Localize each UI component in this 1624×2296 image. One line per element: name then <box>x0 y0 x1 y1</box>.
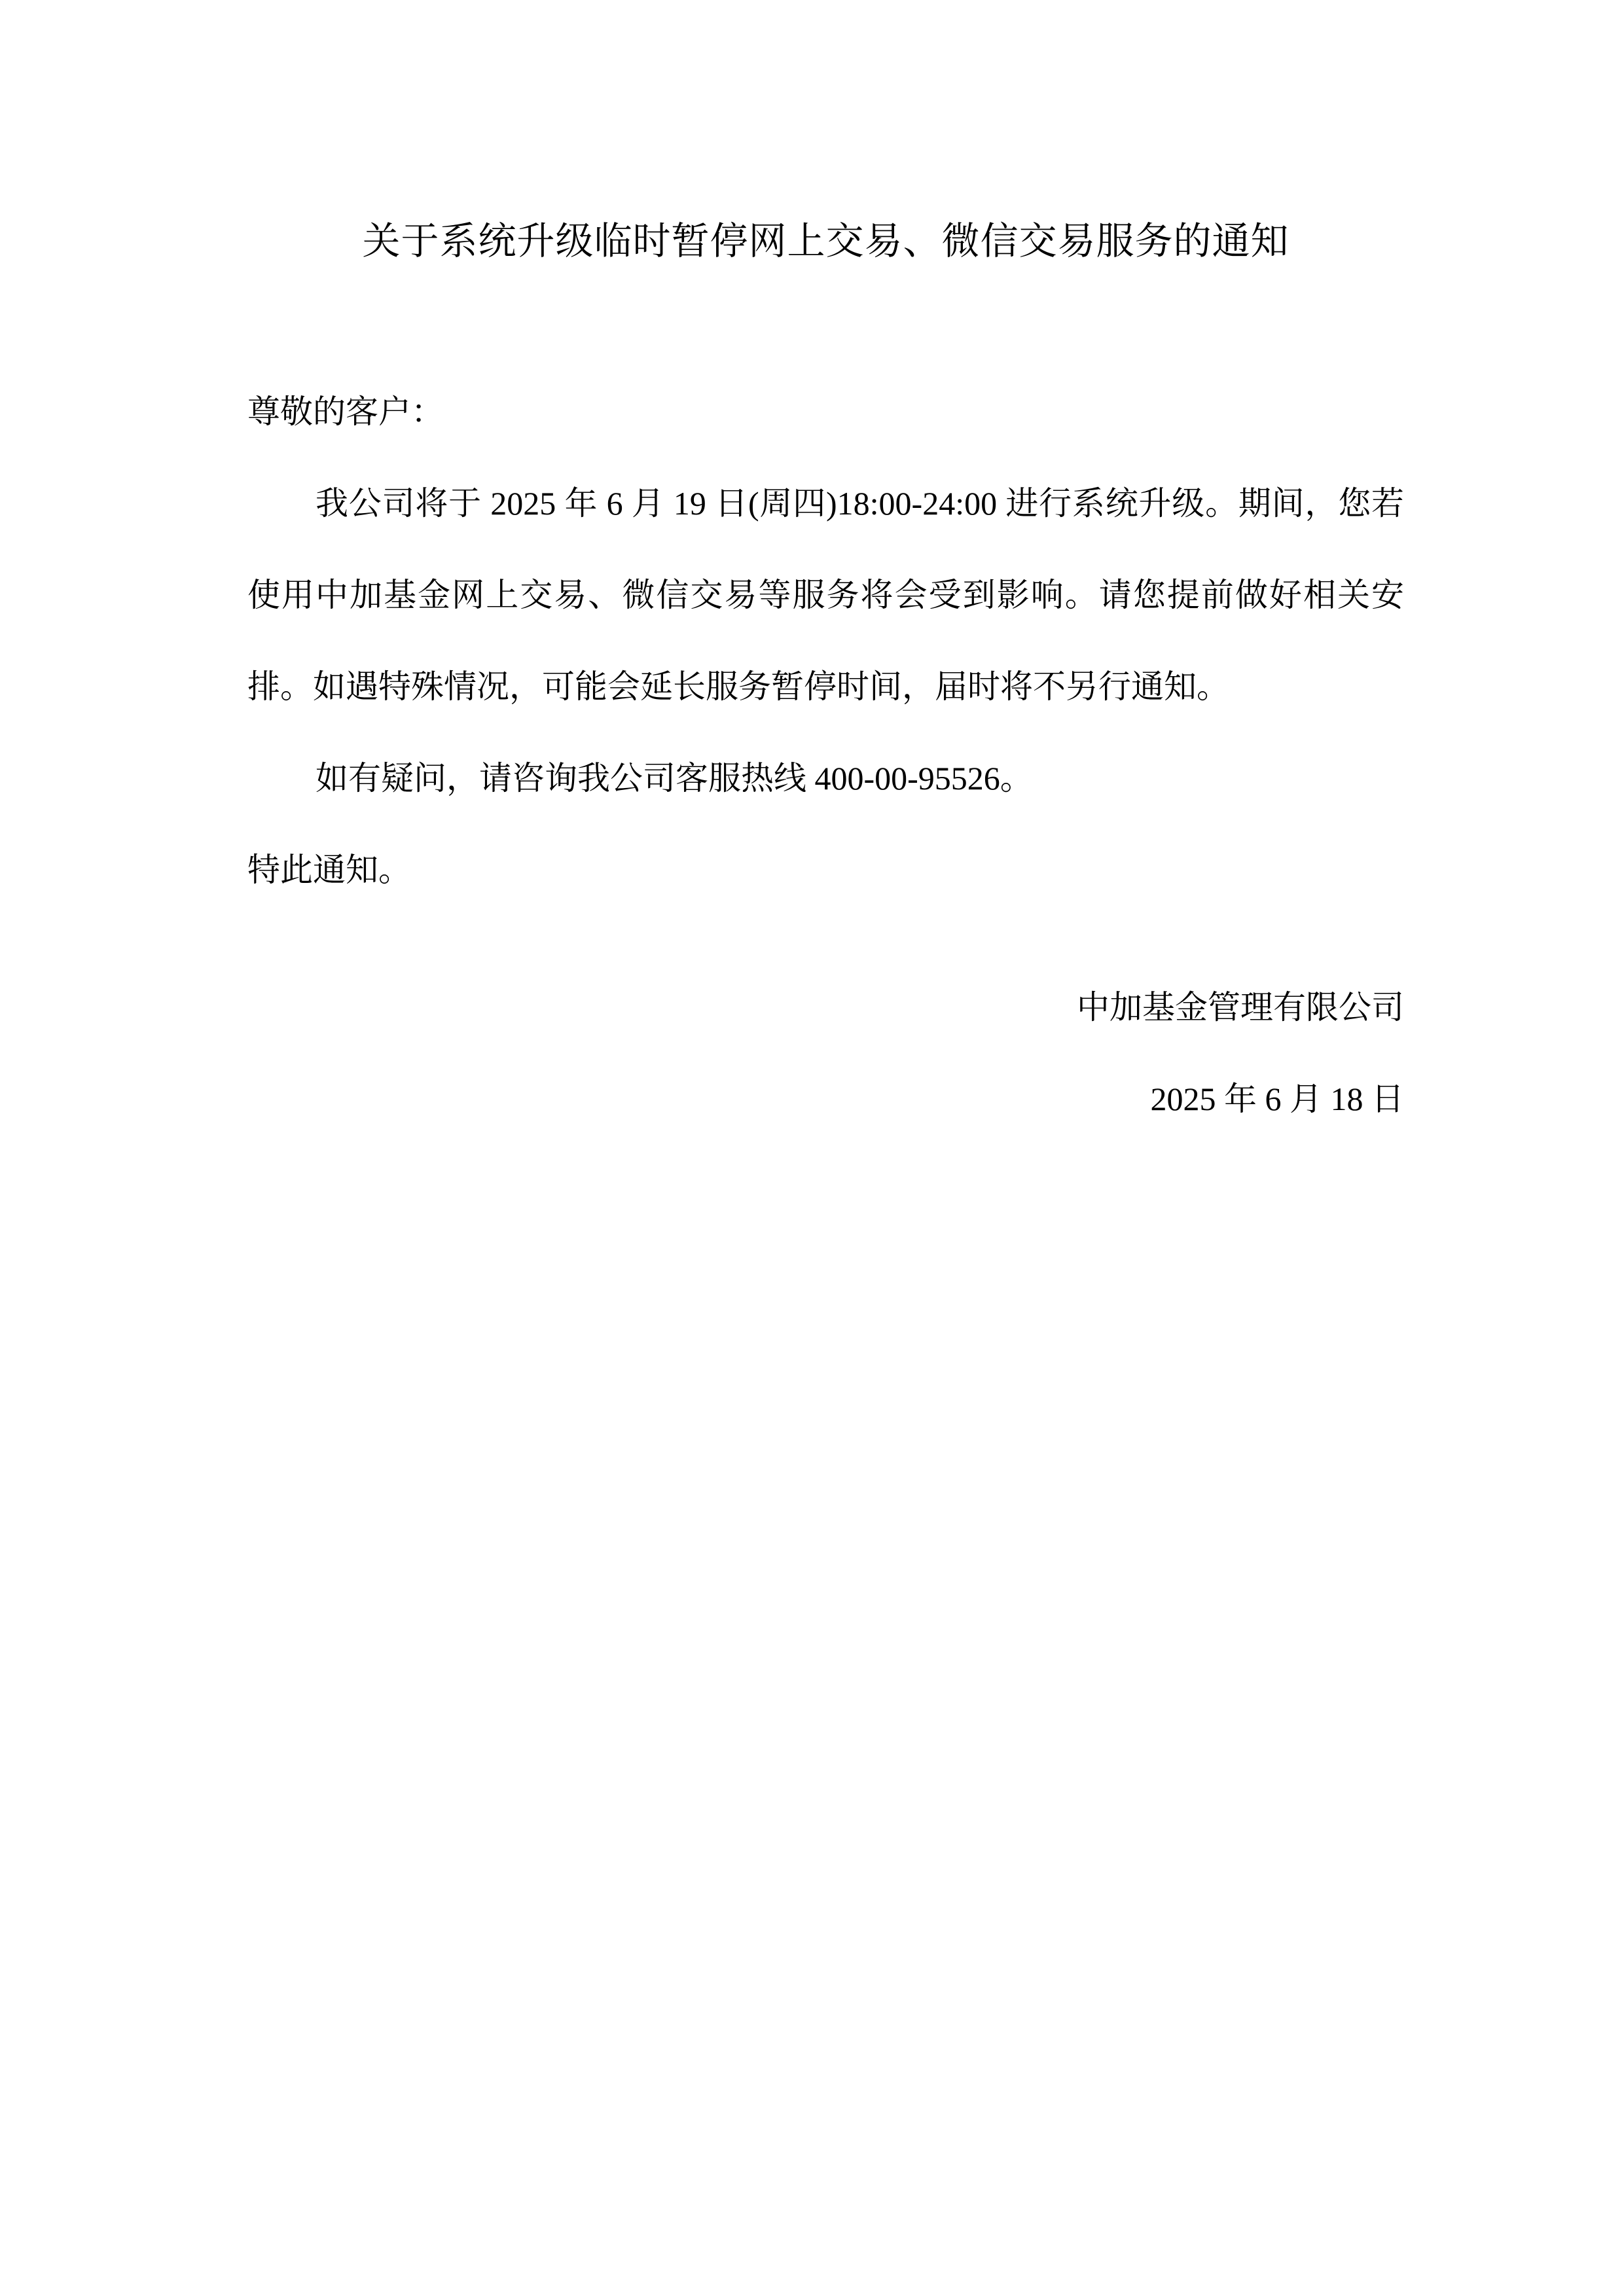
body-paragraph-upgrade-notice: 我公司将于 2025 年 6 月 19 日(周四)18:00-24:00 进行系… <box>247 457 1404 732</box>
greeting-line: 尊敬的客户： <box>247 366 1404 457</box>
body-paragraph-hotline: 如有疑问，请咨询我公司客服热线 400-00-95526。 <box>247 732 1404 824</box>
notice-title: 关于系统升级临时暂停网上交易、微信交易服务的通知 <box>247 196 1404 287</box>
signature-date: 2025 年 6 月 18 日 <box>247 1053 1404 1145</box>
notice-page: 关于系统升级临时暂停网上交易、微信交易服务的通知 尊敬的客户： 我公司将于 20… <box>0 0 1624 2296</box>
closing-line: 特此通知。 <box>247 824 1404 916</box>
signature-block: 中加基金管理有限公司 2025 年 6 月 18 日 <box>247 961 1404 1145</box>
signature-company: 中加基金管理有限公司 <box>247 961 1404 1053</box>
notice-content: 关于系统升级临时暂停网上交易、微信交易服务的通知 尊敬的客户： 我公司将于 20… <box>0 0 1624 1145</box>
